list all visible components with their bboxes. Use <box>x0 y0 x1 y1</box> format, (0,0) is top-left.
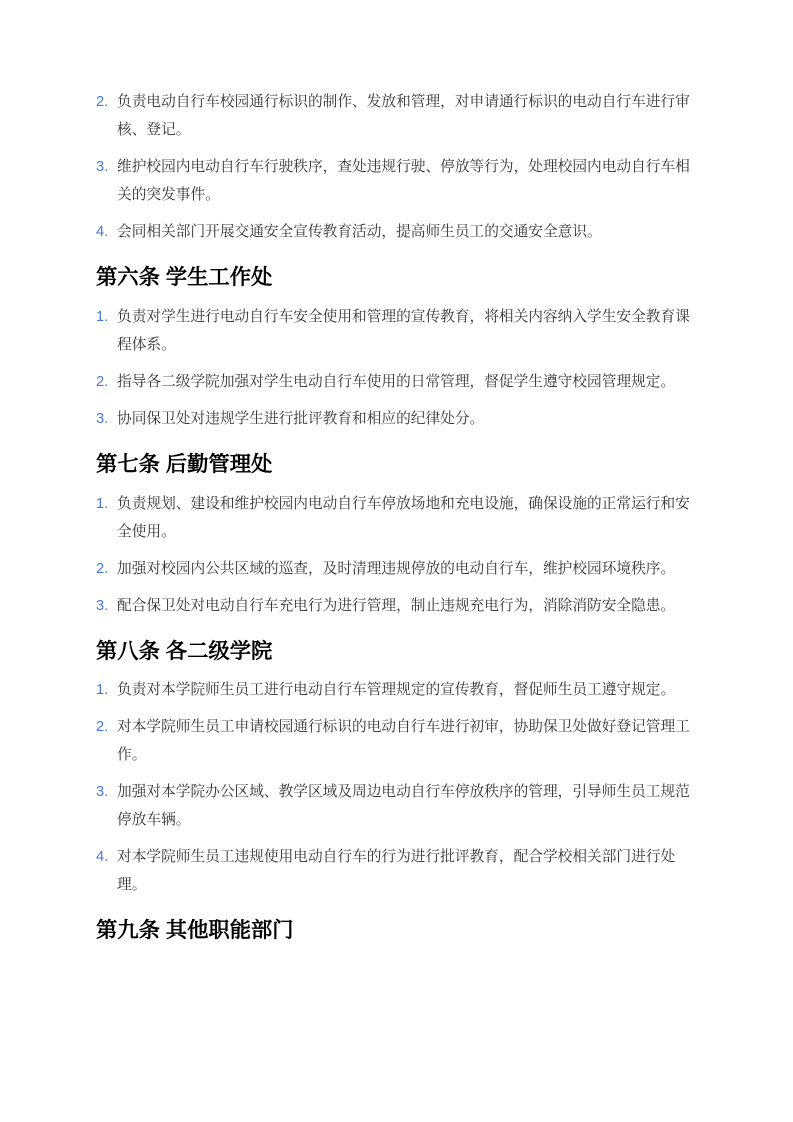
section-heading: 第九条 其他职能部门 <box>96 916 697 946</box>
list-item-text: 负责规划、建设和维护校园内电动自行车停放场地和充电设施，确保设施的正常运行和安全… <box>117 496 690 540</box>
numbered-list: 1. 负责对本学院师生员工进行电动自行车管理规定的宣传教育，督促师生员工遵守规定… <box>96 676 697 899</box>
list-item-text: 对本学院师生员工申请校园通行标识的电动自行车进行初审，协助保卫处做好登记管理工作… <box>117 719 690 763</box>
section-heading: 第七条 后勤管理处 <box>96 450 697 480</box>
list-item-number: 2. <box>96 555 108 583</box>
list-item: 4. 会同相关部门开展交通安全宣传教育活动，提高师生员工的交通安全意识。 <box>96 218 697 246</box>
list-item-number: 3. <box>96 592 108 620</box>
list-item-number: 1. <box>96 303 108 331</box>
list-item-text: 会同相关部门开展交通安全宣传教育活动，提高师生员工的交通安全意识。 <box>117 224 602 240</box>
list-item-text: 配合保卫处对电动自行车充电行为进行管理，制止违规充电行为，消除消防安全隐患。 <box>117 598 675 614</box>
section-article-6: 第六条 学生工作处 1. 负责对学生进行电动自行车安全使用和管理的宣传教育，将相… <box>96 263 697 433</box>
list-item-text: 对本学院师生员工违规使用电动自行车的行为进行批评教育，配合学校相关部门进行处理。 <box>117 849 675 893</box>
list-item: 4. 对本学院师生员工违规使用电动自行车的行为进行批评教育，配合学校相关部门进行… <box>96 843 697 899</box>
section-heading: 第六条 学生工作处 <box>96 263 697 293</box>
list-item-number: 2. <box>96 368 108 396</box>
list-item-text: 维护校园内电动自行车行驶秩序，查处违规行驶、停放等行为，处理校园内电动自行车相关… <box>117 159 690 203</box>
section-continued-list: 2. 负责电动自行车校园通行标识的制作、发放和管理，对申请通行标识的电动自行车进… <box>96 88 697 246</box>
list-item-text: 指导各二级学院加强对学生电动自行车使用的日常管理，督促学生遵守校园管理规定。 <box>117 374 675 390</box>
list-item-number: 2. <box>96 88 108 116</box>
list-item-number: 2. <box>96 713 108 741</box>
numbered-list: 1. 负责对学生进行电动自行车安全使用和管理的宣传教育，将相关内容纳入学生安全教… <box>96 303 697 433</box>
list-item: 1. 负责对学生进行电动自行车安全使用和管理的宣传教育，将相关内容纳入学生安全教… <box>96 303 697 359</box>
list-item-number: 3. <box>96 153 108 181</box>
list-item-number: 3. <box>96 778 108 806</box>
list-item-number: 3. <box>96 405 108 433</box>
list-item-text: 负责对学生进行电动自行车安全使用和管理的宣传教育，将相关内容纳入学生安全教育课程… <box>117 309 690 353</box>
numbered-list: 2. 负责电动自行车校园通行标识的制作、发放和管理，对申请通行标识的电动自行车进… <box>96 88 697 246</box>
list-item: 3. 协同保卫处对违规学生进行批评教育和相应的纪律处分。 <box>96 405 697 433</box>
section-heading: 第八条 各二级学院 <box>96 637 697 667</box>
list-item: 3. 加强对本学院办公区域、教学区域及周边电动自行车停放秩序的管理，引导师生员工… <box>96 778 697 834</box>
list-item-number: 1. <box>96 676 108 704</box>
list-item: 3. 维护校园内电动自行车行驶秩序，查处违规行驶、停放等行为，处理校园内电动自行… <box>96 153 697 209</box>
document-page: 2. 负责电动自行车校园通行标识的制作、发放和管理，对申请通行标识的电动自行车进… <box>0 0 793 1122</box>
list-item-text: 加强对本学院办公区域、教学区域及周边电动自行车停放秩序的管理，引导师生员工规范停… <box>117 784 690 828</box>
list-item-number: 1. <box>96 490 108 518</box>
list-item: 2. 指导各二级学院加强对学生电动自行车使用的日常管理，督促学生遵守校园管理规定… <box>96 368 697 396</box>
list-item: 2. 加强对校园内公共区域的巡查，及时清理违规停放的电动自行车，维护校园环境秩序… <box>96 555 697 583</box>
list-item: 1. 负责对本学院师生员工进行电动自行车管理规定的宣传教育，督促师生员工遵守规定… <box>96 676 697 704</box>
numbered-list: 1. 负责规划、建设和维护校园内电动自行车停放场地和充电设施，确保设施的正常运行… <box>96 490 697 620</box>
section-article-9: 第九条 其他职能部门 <box>96 916 697 946</box>
list-item-text: 加强对校园内公共区域的巡查，及时清理违规停放的电动自行车，维护校园环境秩序。 <box>117 561 675 577</box>
list-item: 2. 对本学院师生员工申请校园通行标识的电动自行车进行初审，协助保卫处做好登记管… <box>96 713 697 769</box>
list-item-number: 4. <box>96 218 108 246</box>
list-item: 2. 负责电动自行车校园通行标识的制作、发放和管理，对申请通行标识的电动自行车进… <box>96 88 697 144</box>
list-item-text: 协同保卫处对违规学生进行批评教育和相应的纪律处分。 <box>117 411 484 427</box>
list-item-text: 负责电动自行车校园通行标识的制作、发放和管理，对申请通行标识的电动自行车进行审核… <box>117 94 690 138</box>
list-item: 3. 配合保卫处对电动自行车充电行为进行管理，制止违规充电行为，消除消防安全隐患… <box>96 592 697 620</box>
section-article-8: 第八条 各二级学院 1. 负责对本学院师生员工进行电动自行车管理规定的宣传教育，… <box>96 637 697 900</box>
list-item: 1. 负责规划、建设和维护校园内电动自行车停放场地和充电设施，确保设施的正常运行… <box>96 490 697 546</box>
list-item-text: 负责对本学院师生员工进行电动自行车管理规定的宣传教育，督促师生员工遵守规定。 <box>117 682 675 698</box>
section-article-7: 第七条 后勤管理处 1. 负责规划、建设和维护校园内电动自行车停放场地和充电设施… <box>96 450 697 620</box>
list-item-number: 4. <box>96 843 108 871</box>
